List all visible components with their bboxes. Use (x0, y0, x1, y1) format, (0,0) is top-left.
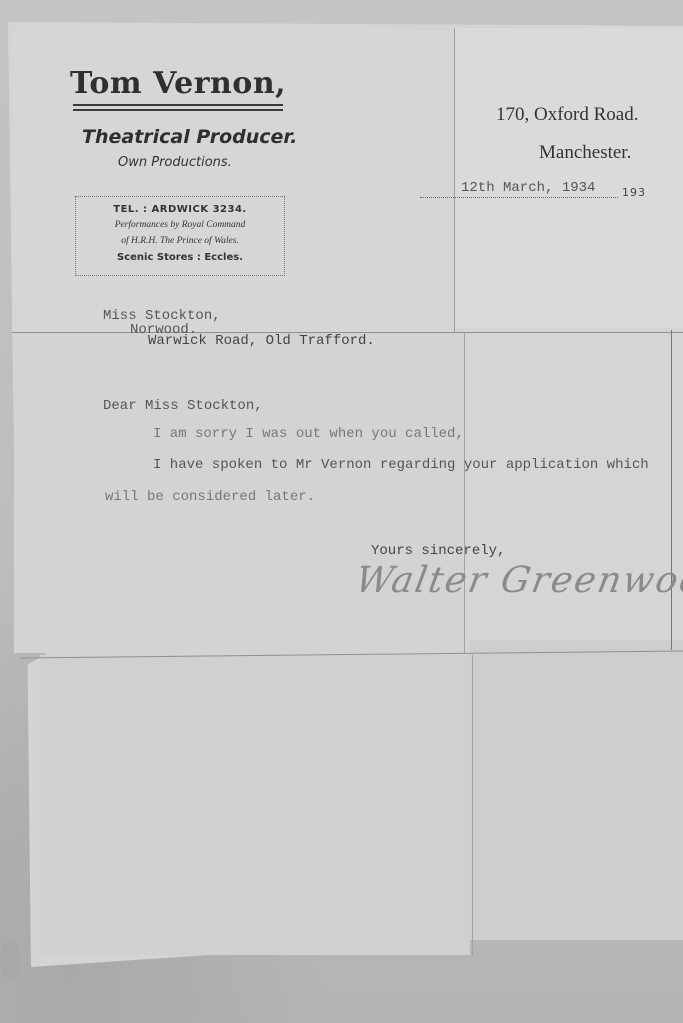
fold-crease (464, 333, 465, 653)
fold-crease (472, 655, 473, 955)
paper-panel (470, 640, 683, 940)
telephone-number: TEL. : ARDWICK 3234. (76, 204, 284, 215)
recipient-street: Warwick Road, Old Trafford. (148, 333, 375, 349)
letter-date: 12th March, 1934 (461, 180, 595, 196)
fold-crease (454, 28, 455, 333)
letterhead-name: Tom Vernon, (70, 66, 282, 101)
fold-crease (671, 330, 672, 650)
letterhead-title: Theatrical Producer. (82, 126, 297, 148)
sender-address-line-2: Manchester. (539, 142, 631, 164)
sender-address-line-1: 170, Oxford Road. (496, 104, 638, 126)
salutation: Dear Miss Stockton, (103, 398, 263, 414)
body-paragraph-2-line-2: will be considered later. (105, 489, 315, 505)
date-dotted-line (420, 197, 618, 198)
letterhead-rule (73, 109, 283, 111)
paper-panel (454, 28, 683, 328)
letterhead-rule (73, 104, 283, 106)
body-paragraph-1: I am sorry I was out when you called, (153, 426, 464, 442)
letterhead-info-box: TEL. : ARDWICK 3234. Performances by Roy… (75, 196, 285, 276)
royal-command-line-1: Performances by Royal Command (76, 220, 284, 231)
stain-mark (0, 940, 20, 980)
paper-panel (40, 655, 470, 955)
closing: Yours sincerely, (371, 543, 505, 559)
body-paragraph-2-line-1: I have spoken to Mr Vernon regarding you… (153, 457, 649, 473)
scenic-stores: Scenic Stores : Eccles. (76, 252, 284, 263)
letterhead-subtitle: Own Productions. (118, 155, 232, 170)
handwritten-signature: Walter Greenwood (352, 560, 683, 601)
printed-year-prefix: 193 (622, 186, 646, 199)
royal-command-line-2: of H.R.H. The Prince of Wales. (76, 236, 284, 247)
